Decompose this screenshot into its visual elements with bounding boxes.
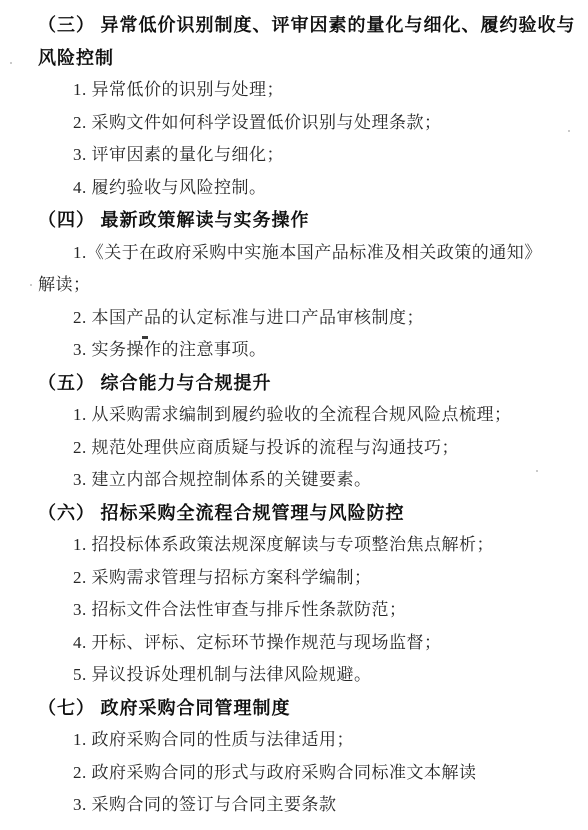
scan-speck xyxy=(10,62,12,64)
list-item: 2. 规范处理供应商质疑与投诉的流程与沟通技巧； xyxy=(38,432,568,465)
scan-speck xyxy=(536,470,538,472)
section-heading-4: （四） 最新政策解读与实务操作 xyxy=(38,204,568,237)
section-heading-7: （七） 政府采购合同管理制度 xyxy=(38,692,568,725)
list-item: 1. 招投标体系政策法规深度解读与专项整治焦点解析； xyxy=(38,529,568,562)
list-item: 3. 招标文件合法性审查与排斥性条款防范； xyxy=(38,594,568,627)
list-item-wrap: 解读； xyxy=(38,269,568,302)
scan-speck xyxy=(568,130,570,132)
list-item: 4. 开标、评标、定标环节操作规范与现场监督； xyxy=(38,627,568,660)
section-heading-3: （三） 异常低价识别制度、评审因素的量化与细化、履约验收与 xyxy=(38,9,568,42)
list-item: 3. 评审因素的量化与细化； xyxy=(38,139,568,172)
section-heading-3-wrap: 风险控制 xyxy=(38,42,568,75)
list-item: 2. 政府采购合同的形式与政府采购合同标准文本解读 xyxy=(38,757,568,790)
list-item: 4. 履约验收与风险控制。 xyxy=(38,172,568,205)
list-item: 3. 实务操作的注意事项。 xyxy=(38,334,568,367)
list-item: 1. 从采购需求编制到履约验收的全流程合规风险点梳理； xyxy=(38,399,568,432)
scanned-document-page: （三） 异常低价识别制度、评审因素的量化与细化、履约验收与 风险控制 1. 异常… xyxy=(0,0,588,830)
list-item: 3. 采购合同的签订与合同主要条款 xyxy=(38,789,568,822)
list-item: 2. 本国产品的认定标准与进口产品审核制度； xyxy=(38,302,568,335)
list-item: 3. 建立内部合规控制体系的关键要素。 xyxy=(38,464,568,497)
list-item: 1. 异常低价的识别与处理； xyxy=(38,74,568,107)
list-item: 1. 政府采购合同的性质与法律适用； xyxy=(38,724,568,757)
list-item: 1.《关于在政府采购中实施本国产品标准及相关政策的通知》 xyxy=(38,237,568,270)
section-heading-5: （五） 综合能力与合规提升 xyxy=(38,367,568,400)
list-item: 2. 采购文件如何科学设置低价识别与处理条款； xyxy=(38,107,568,140)
section-heading-6: （六） 招标采购全流程合规管理与风险防控 xyxy=(38,497,568,530)
scan-speck xyxy=(350,600,352,602)
scan-speck xyxy=(30,284,32,286)
list-item: 5. 异议投诉处理机制与法律风险规避。 xyxy=(38,659,568,692)
scan-artifact-dash xyxy=(142,336,148,339)
list-item: 2. 采购需求管理与招标方案科学编制； xyxy=(38,562,568,595)
